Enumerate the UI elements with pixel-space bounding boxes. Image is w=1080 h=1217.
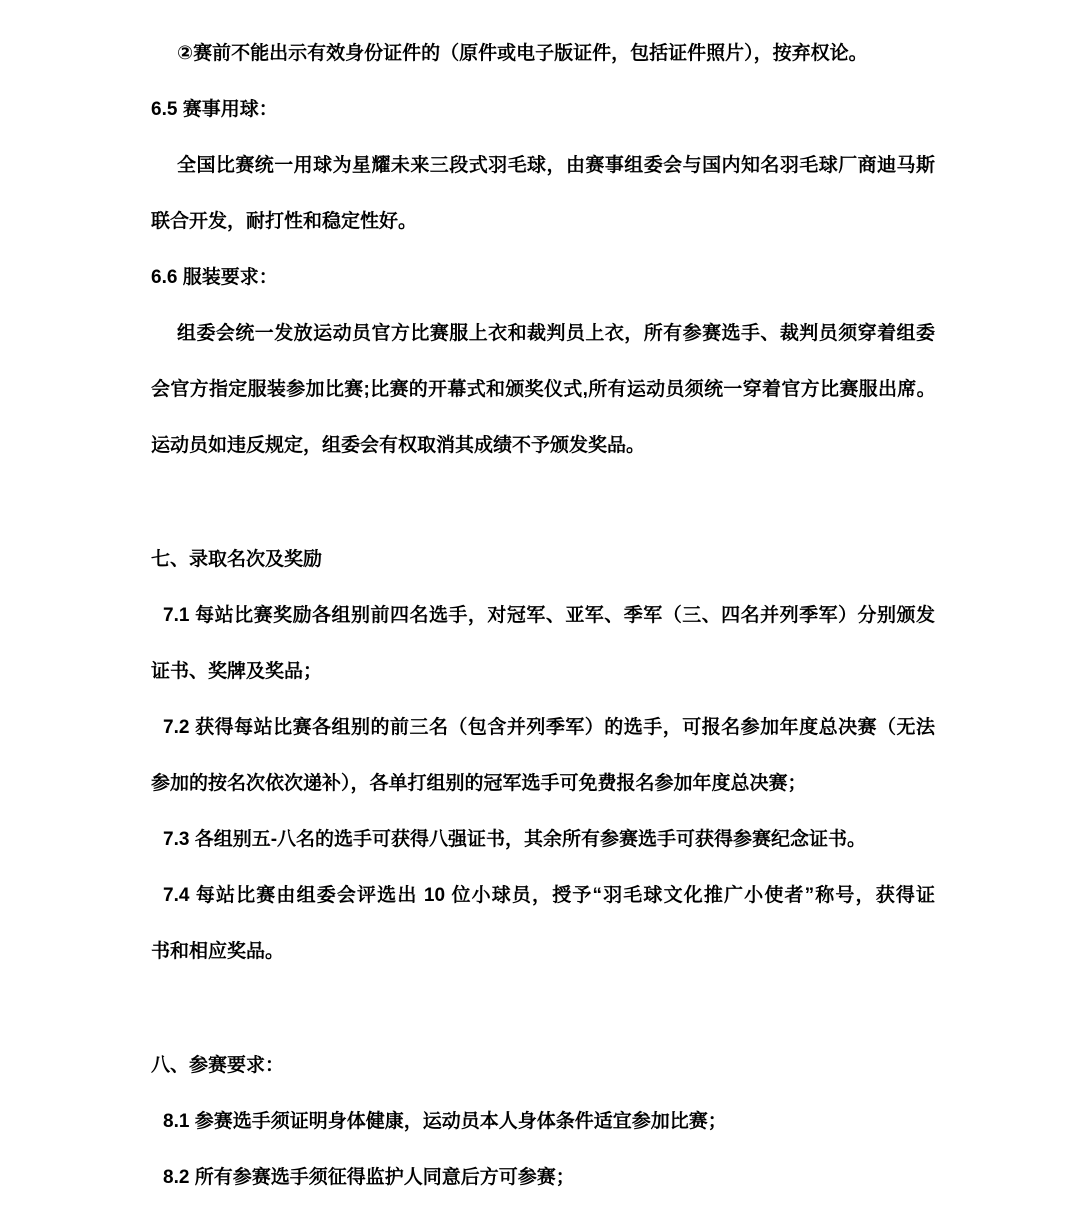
text-line: 运动员如违反规定，组委会有权取消其成绩不予颁发奖品。 [151,418,935,474]
text-line: 联合开发，耐打性和稳定性好。 [151,194,935,250]
document-page: ②赛前不能出示有效身份证件的（原件或电子版证件，包括证件照片），按弃权论。6.5… [0,0,1080,1217]
text-line: 全国比赛统一用球为星耀未来三段式羽毛球，由赛事组委会与国内知名羽毛球厂商迪马斯 [151,138,935,194]
text-line: 8.2 所有参赛选手须征得监护人同意后方可参赛； [151,1150,935,1206]
text-line: 参加的按名次依次递补），各单打组别的冠军选手可免费报名参加年度总决赛； [151,756,935,812]
text-line: 组委会统一发放运动员官方比赛服上衣和裁判员上衣，所有参赛选手、裁判员须穿着组委 [151,306,935,362]
text-line: 书和相应奖品。 [151,924,935,980]
text-line: 6.6 服装要求： [151,250,935,306]
text-line: 会官方指定服装参加比赛;比赛的开幕式和颁奖仪式,所有运动员须统一穿着官方比赛服出… [151,362,935,418]
text-line: 7.4 每站比赛由组委会评选出 10 位小球员，授予“羽毛球文化推广小使者”称号… [151,868,935,924]
text-line: 7.1 每站比赛奖励各组别前四名选手，对冠军、亚军、季军（三、四名并列季军）分别… [151,588,935,644]
document-text-body: ②赛前不能出示有效身份证件的（原件或电子版证件，包括证件照片），按弃权论。6.5… [151,26,935,1206]
text-line: 6.5 赛事用球： [151,82,935,138]
text-line: 证书、奖牌及奖品； [151,644,935,700]
text-line: 八、参赛要求： [151,1038,935,1094]
text-line: 7.3 各组别五-八名的选手可获得八强证书，其余所有参赛选手可获得参赛纪念证书。 [151,812,935,868]
text-line: 7.2 获得每站比赛各组别的前三名（包含并列季军）的选手，可报名参加年度总决赛（… [151,700,935,756]
text-line: ②赛前不能出示有效身份证件的（原件或电子版证件，包括证件照片），按弃权论。 [151,26,935,82]
text-line: 8.1 参赛选手须证明身体健康，运动员本人身体条件适宜参加比赛； [151,1094,935,1150]
text-line: 七、录取名次及奖励 [151,532,935,588]
